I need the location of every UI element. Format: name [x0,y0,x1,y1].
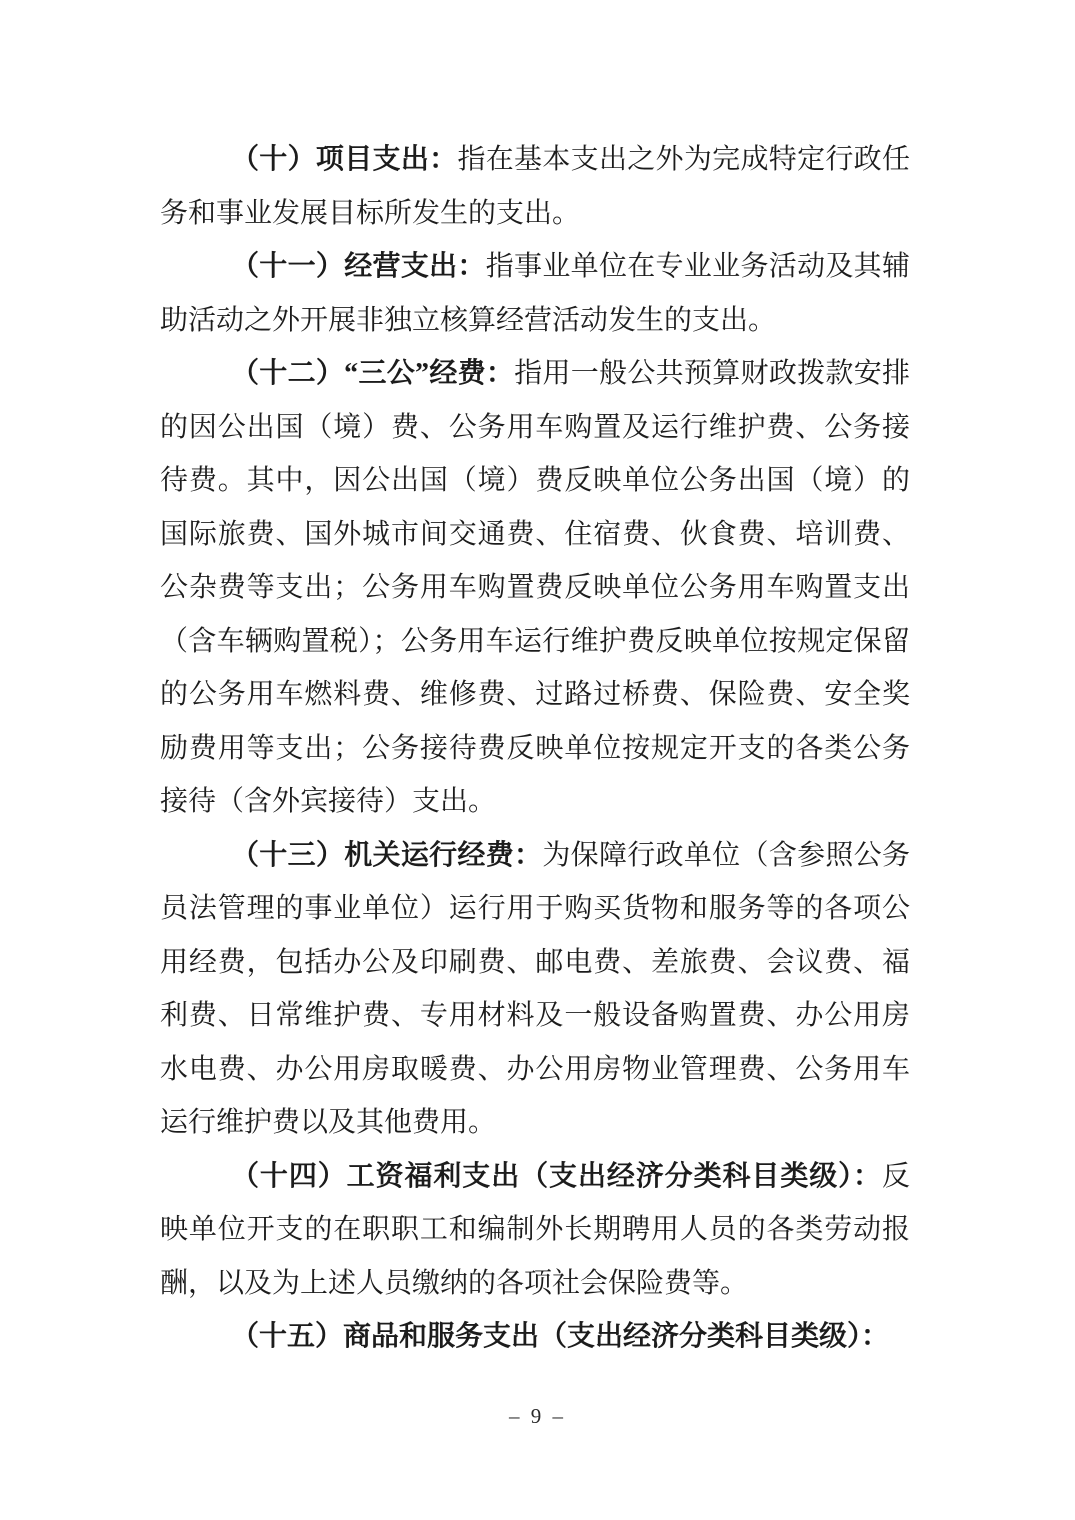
paragraph-heading: （十）项目支出： [231,144,457,175]
paragraph-heading: （十一）经营支出： [231,251,486,282]
paragraph-heading: （十三）机关运行经费： [231,840,542,871]
page-footer: – 9 – [0,1404,1075,1429]
definition-paragraph-15: （十五）商品和服务支出（支出经济分类科目类级）： [160,1310,910,1364]
paragraph-heading: （十二）“三公”经费： [231,358,514,389]
paragraph-heading: （十四）工资福利支出（支出经济分类科目类级）： [231,1161,882,1192]
definition-paragraph-10: （十）项目支出：指在基本支出之外为完成特定行政任务和事业发展目标所发生的支出。 [160,133,910,240]
page-number: – 9 – [509,1404,566,1428]
paragraph-text: 为保障行政单位（含参照公务员法管理的事业单位）运行用于购买货物和服务等的各项公用… [160,840,910,1139]
definition-paragraph-14: （十四）工资福利支出（支出经济分类科目类级）：反映单位开支的在职职工和编制外长期… [160,1150,910,1311]
definition-paragraph-12: （十二）“三公”经费：指用一般公共预算财政拨款安排的因公出国（境）费、公务用车购… [160,347,910,829]
paragraph-text: 指用一般公共预算财政拨款安排的因公出国（境）费、公务用车购置及运行维护费、公务接… [160,358,910,817]
page-body: （十）项目支出：指在基本支出之外为完成特定行政任务和事业发展目标所发生的支出。 … [160,133,910,1364]
definition-paragraph-13: （十三）机关运行经费：为保障行政单位（含参照公务员法管理的事业单位）运行用于购买… [160,829,910,1150]
document-page: （十）项目支出：指在基本支出之外为完成特定行政任务和事业发展目标所发生的支出。 … [0,0,1075,1520]
paragraph-heading: （十五）商品和服务支出（支出经济分类科目类级）： [231,1321,889,1352]
definition-paragraph-11: （十一）经营支出：指事业单位在专业业务活动及其辅助活动之外开展非独立核算经营活动… [160,240,910,347]
